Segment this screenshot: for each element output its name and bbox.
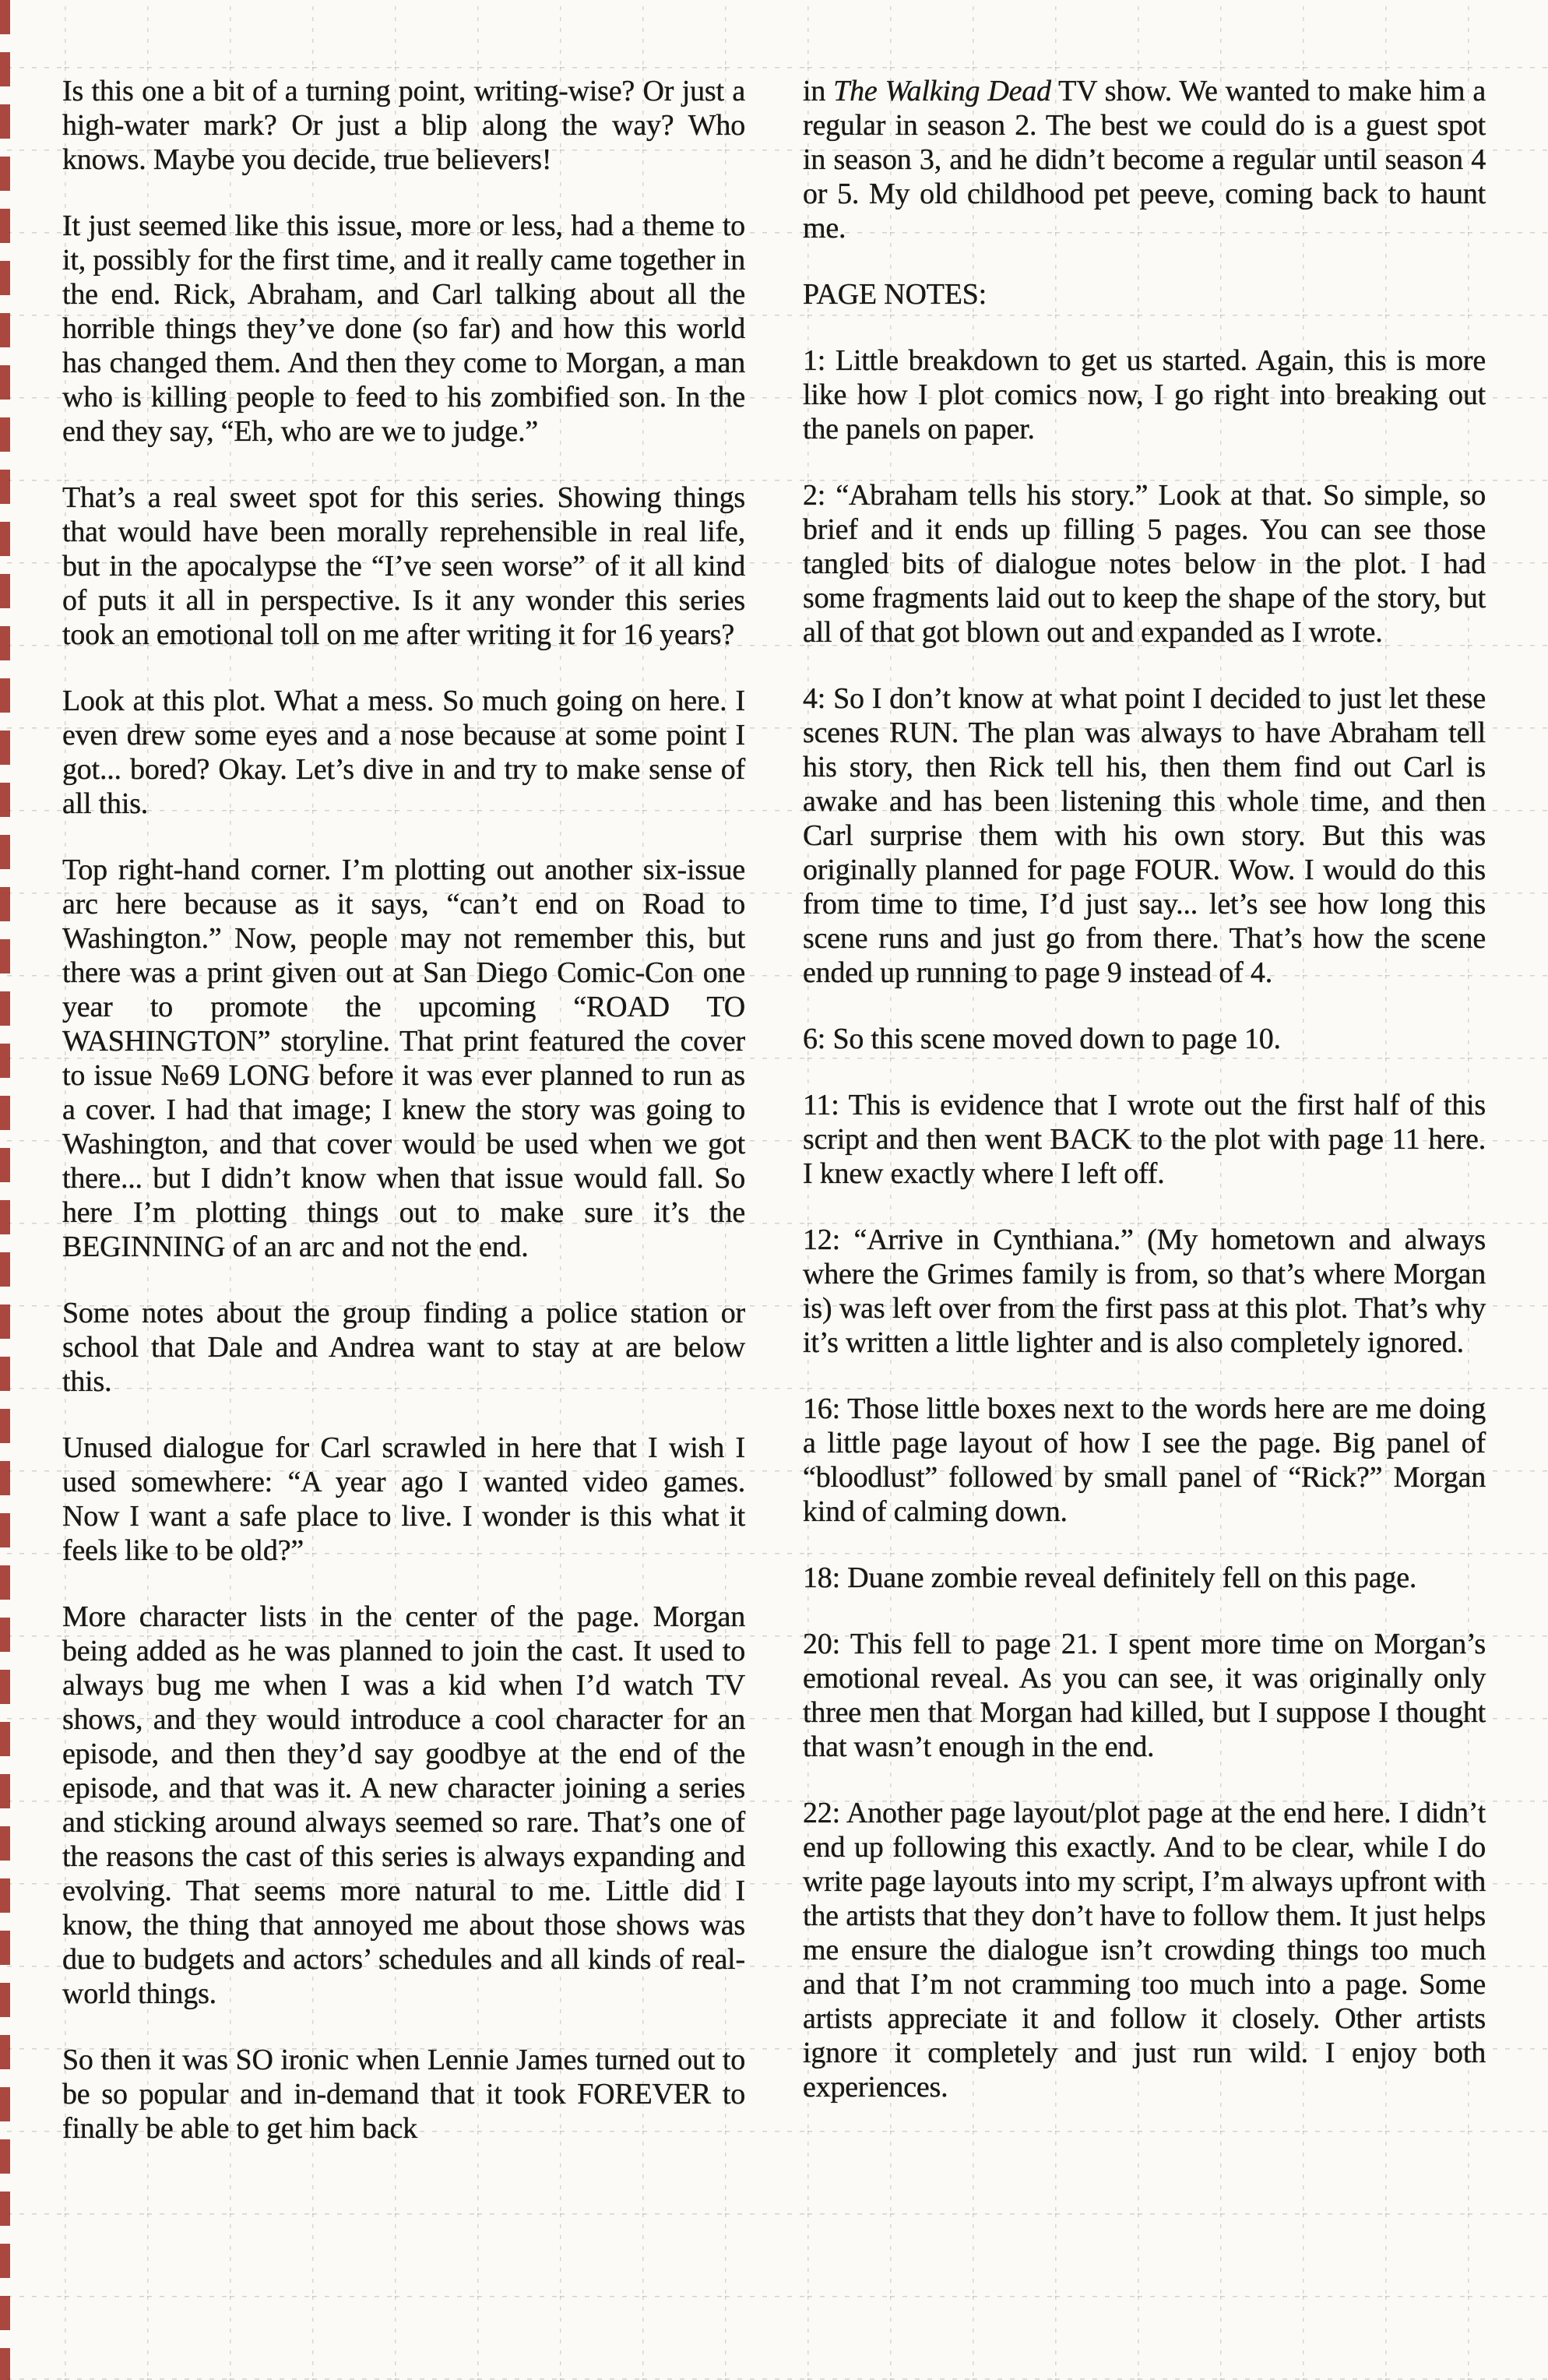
text-run: in <box>803 75 833 107</box>
paragraph: So then it was SO ironic when Lennie Jam… <box>62 2043 745 2146</box>
text-run: 16: Those little boxes next to the words… <box>803 1392 1486 1528</box>
page-edge-bleed-marks <box>0 0 10 2380</box>
paragraph: More character lists in the center of th… <box>62 1600 745 2011</box>
paragraph: 11: This is evidence that I wrote out th… <box>803 1088 1486 1191</box>
text-run: Unused dialogue for Carl scrawled in her… <box>62 1431 745 1567</box>
paragraph: 18: Duane zombie reveal definitely fell … <box>803 1561 1486 1595</box>
text-run: 20: This fell to page 21. I spent more t… <box>803 1628 1486 1763</box>
text-run: Top right-hand corner. I’m plotting out … <box>62 854 745 1263</box>
page-notes-heading: PAGE NOTES: <box>803 277 1486 312</box>
paragraph: 6: So this scene moved down to page 10. <box>803 1022 1486 1056</box>
paragraph: Is this one a bit of a turning point, wr… <box>62 74 745 177</box>
text-run: 18: Duane zombie reveal definitely fell … <box>803 1561 1416 1594</box>
paragraph: 12: “Arrive in Cynthiana.” (My hometown … <box>803 1223 1486 1360</box>
left-column: Is this one a bit of a turning point, wr… <box>62 74 745 2178</box>
paragraph: 2: “Abraham tells his story.” Look at th… <box>803 478 1486 650</box>
text-run: That’s a real sweet spot for this series… <box>62 481 745 651</box>
text-run: 22: Another page layout/plot page at the… <box>803 1797 1486 2104</box>
paragraph: 1: Little breakdown to get us started. A… <box>803 343 1486 446</box>
text-run: It just seemed like this issue, more or … <box>62 209 745 448</box>
paragraph: It just seemed like this issue, more or … <box>62 209 745 449</box>
paragraph: Look at this plot. What a mess. So much … <box>62 684 745 821</box>
paragraph: Unused dialogue for Carl scrawled in her… <box>62 1431 745 1568</box>
paragraph: 16: Those little boxes next to the words… <box>803 1392 1486 1529</box>
paragraph: in The Walking Dead TV show. We wanted t… <box>803 74 1486 245</box>
text-run: PAGE NOTES: <box>803 278 987 311</box>
document-page: Is this one a bit of a turning point, wr… <box>0 0 1548 2380</box>
text-run: Is this one a bit of a turning point, wr… <box>62 75 745 176</box>
paragraph: Some notes about the group finding a pol… <box>62 1296 745 1399</box>
text-run: Look at this plot. What a mess. So much … <box>62 685 745 820</box>
text-run: 1: Little breakdown to get us started. A… <box>803 344 1486 445</box>
paragraph: Top right-hand corner. I’m plotting out … <box>62 853 745 1264</box>
text-run: The Walking Dead <box>833 75 1051 107</box>
right-column: in The Walking Dead TV show. We wanted t… <box>803 74 1486 2178</box>
text-run: 12: “Arrive in Cynthiana.” (My hometown … <box>803 1223 1486 1359</box>
paragraph: 22: Another page layout/plot page at the… <box>803 1796 1486 2104</box>
text-run: 6: So this scene moved down to page 10. <box>803 1023 1281 1055</box>
text-run: 4: So I don’t know at what point I decid… <box>803 682 1486 989</box>
text-run: More character lists in the center of th… <box>62 1600 745 2010</box>
paragraph: That’s a real sweet spot for this series… <box>62 481 745 652</box>
text-run: Some notes about the group finding a pol… <box>62 1297 745 1398</box>
text-run: So then it was SO ironic when Lennie Jam… <box>62 2044 745 2145</box>
text-run: 11: This is evidence that I wrote out th… <box>803 1089 1486 1190</box>
text-columns: Is this one a bit of a turning point, wr… <box>62 74 1486 2178</box>
paragraph: 20: This fell to page 21. I spent more t… <box>803 1627 1486 1764</box>
paragraph: 4: So I don’t know at what point I decid… <box>803 681 1486 990</box>
text-run: 2: “Abraham tells his story.” Look at th… <box>803 479 1486 649</box>
